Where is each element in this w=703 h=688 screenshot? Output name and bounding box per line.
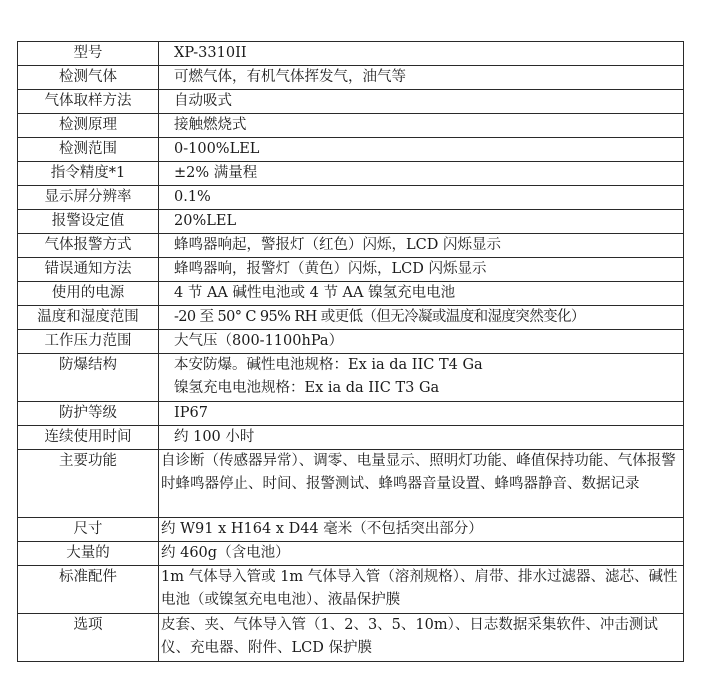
row-value: 约 100 小时 xyxy=(159,426,684,450)
table-row-dimensions: 尺寸 约 W91 x H164 x D44 毫米（不包括突出部分） xyxy=(18,518,684,542)
row-label: 连续使用时间 xyxy=(18,426,159,450)
row-value: 0.1% xyxy=(159,186,684,210)
row-value: 本安防爆。碱性电池规格：Ex ia da IIC T4 Ga 镍氢充电电池规格：… xyxy=(159,354,684,402)
row-label: 型号 xyxy=(18,42,159,66)
row-value: 自诊断（传感器异常）、调零、电量显示、照明灯功能、峰值保持功能、气体报警时蜂鸣器… xyxy=(159,450,684,518)
table-row-detection-principle: 检测原理 接触燃烧式 xyxy=(18,114,684,138)
row-value: 20%LEL xyxy=(159,210,684,234)
row-value: 皮套、夹、气体导入管（1、2、3、5、10m）、日志数据采集软件、冲击测试仪、充… xyxy=(159,614,684,662)
row-label: 防爆结构 xyxy=(18,354,159,402)
row-label: 检测气体 xyxy=(18,66,159,90)
row-value: 自动吸式 xyxy=(159,90,684,114)
row-value: 0-100%LEL xyxy=(159,138,684,162)
row-value: 蜂鸣器响，报警灯（黄色）闪烁，LCD 闪烁显示 xyxy=(159,258,684,282)
row-label: 选项 xyxy=(18,614,159,662)
row-value: 大气压（800-1100hPa） xyxy=(159,330,684,354)
spec-table: 型号 XP-3310II 检测气体 可燃气体，有机气体挥发气，油气等 气体取样方… xyxy=(17,41,684,662)
table-row-detection-range: 检测范围 0-100%LEL xyxy=(18,138,684,162)
row-value: XP-3310II xyxy=(159,42,684,66)
table-row-protection-rating: 防护等级 IP67 xyxy=(18,402,684,426)
row-label: 报警设定值 xyxy=(18,210,159,234)
table-row-error-notification: 错误通知方法 蜂鸣器响，报警灯（黄色）闪烁，LCD 闪烁显示 xyxy=(18,258,684,282)
table-row-pressure-range: 工作压力范围 大气压（800-1100hPa） xyxy=(18,330,684,354)
table-row-explosion-proof: 防爆结构 本安防爆。碱性电池规格：Ex ia da IIC T4 Ga 镍氢充电… xyxy=(18,354,684,402)
table-row-main-functions: 主要功能 自诊断（传感器异常）、调零、电量显示、照明灯功能、峰值保持功能、气体报… xyxy=(18,450,684,518)
row-label: 错误通知方法 xyxy=(18,258,159,282)
row-value: -20 至 50° C 95% RH 或更低（但无冷凝或温度和湿度突然变化） xyxy=(159,306,684,330)
row-value: 接触燃烧式 xyxy=(159,114,684,138)
row-value: 蜂鸣器响起，警报灯（红色）闪烁，LCD 闪烁显示 xyxy=(159,234,684,258)
row-value: 约 W91 x H164 x D44 毫米（不包括突出部分） xyxy=(159,518,684,542)
table-row-sampling-method: 气体取样方法 自动吸式 xyxy=(18,90,684,114)
row-value: 可燃气体，有机气体挥发气，油气等 xyxy=(159,66,684,90)
table-row-weight: 大量的 约 460g（含电池） xyxy=(18,542,684,566)
row-value: ±2% 满量程 xyxy=(159,162,684,186)
table-row-model: 型号 XP-3310II xyxy=(18,42,684,66)
row-label: 检测范围 xyxy=(18,138,159,162)
row-label: 标准配件 xyxy=(18,566,159,614)
row-label: 气体取样方法 xyxy=(18,90,159,114)
row-label: 显示屏分辨率 xyxy=(18,186,159,210)
row-label: 检测原理 xyxy=(18,114,159,138)
row-label: 气体报警方式 xyxy=(18,234,159,258)
row-label: 主要功能 xyxy=(18,450,159,518)
row-label: 大量的 xyxy=(18,542,159,566)
table-row-standard-accessories: 标准配件 1m 气体导入管或 1m 气体导入管（溶剂规格）、肩带、排水过滤器、滤… xyxy=(18,566,684,614)
row-value: 约 460g（含电池） xyxy=(159,542,684,566)
row-value: 1m 气体导入管或 1m 气体导入管（溶剂规格）、肩带、排水过滤器、滤芯、碱性电… xyxy=(159,566,684,614)
table-row-alarm-setpoint: 报警设定值 20%LEL xyxy=(18,210,684,234)
table-row-accuracy: 指令精度*1 ±2% 满量程 xyxy=(18,162,684,186)
row-label: 防护等级 xyxy=(18,402,159,426)
table-row-power-supply: 使用的电源 4 节 AA 碱性电池或 4 节 AA 镍氢充电电池 xyxy=(18,282,684,306)
row-label: 使用的电源 xyxy=(18,282,159,306)
table-row-resolution: 显示屏分辨率 0.1% xyxy=(18,186,684,210)
table-row-continuous-use: 连续使用时间 约 100 小时 xyxy=(18,426,684,450)
table-row-gas-alarm-mode: 气体报警方式 蜂鸣器响起，警报灯（红色）闪烁，LCD 闪烁显示 xyxy=(18,234,684,258)
row-label: 工作压力范围 xyxy=(18,330,159,354)
table-row-options: 选项 皮套、夹、气体导入管（1、2、3、5、10m）、日志数据采集软件、冲击测试… xyxy=(18,614,684,662)
row-value: IP67 xyxy=(159,402,684,426)
row-label: 温度和湿度范围 xyxy=(18,306,159,330)
row-value: 4 节 AA 碱性电池或 4 节 AA 镍氢充电电池 xyxy=(159,282,684,306)
row-label: 指令精度*1 xyxy=(18,162,159,186)
table-row-detected-gas: 检测气体 可燃气体，有机气体挥发气，油气等 xyxy=(18,66,684,90)
row-label: 尺寸 xyxy=(18,518,159,542)
table-row-temp-humidity: 温度和湿度范围 -20 至 50° C 95% RH 或更低（但无冷凝或温度和湿… xyxy=(18,306,684,330)
